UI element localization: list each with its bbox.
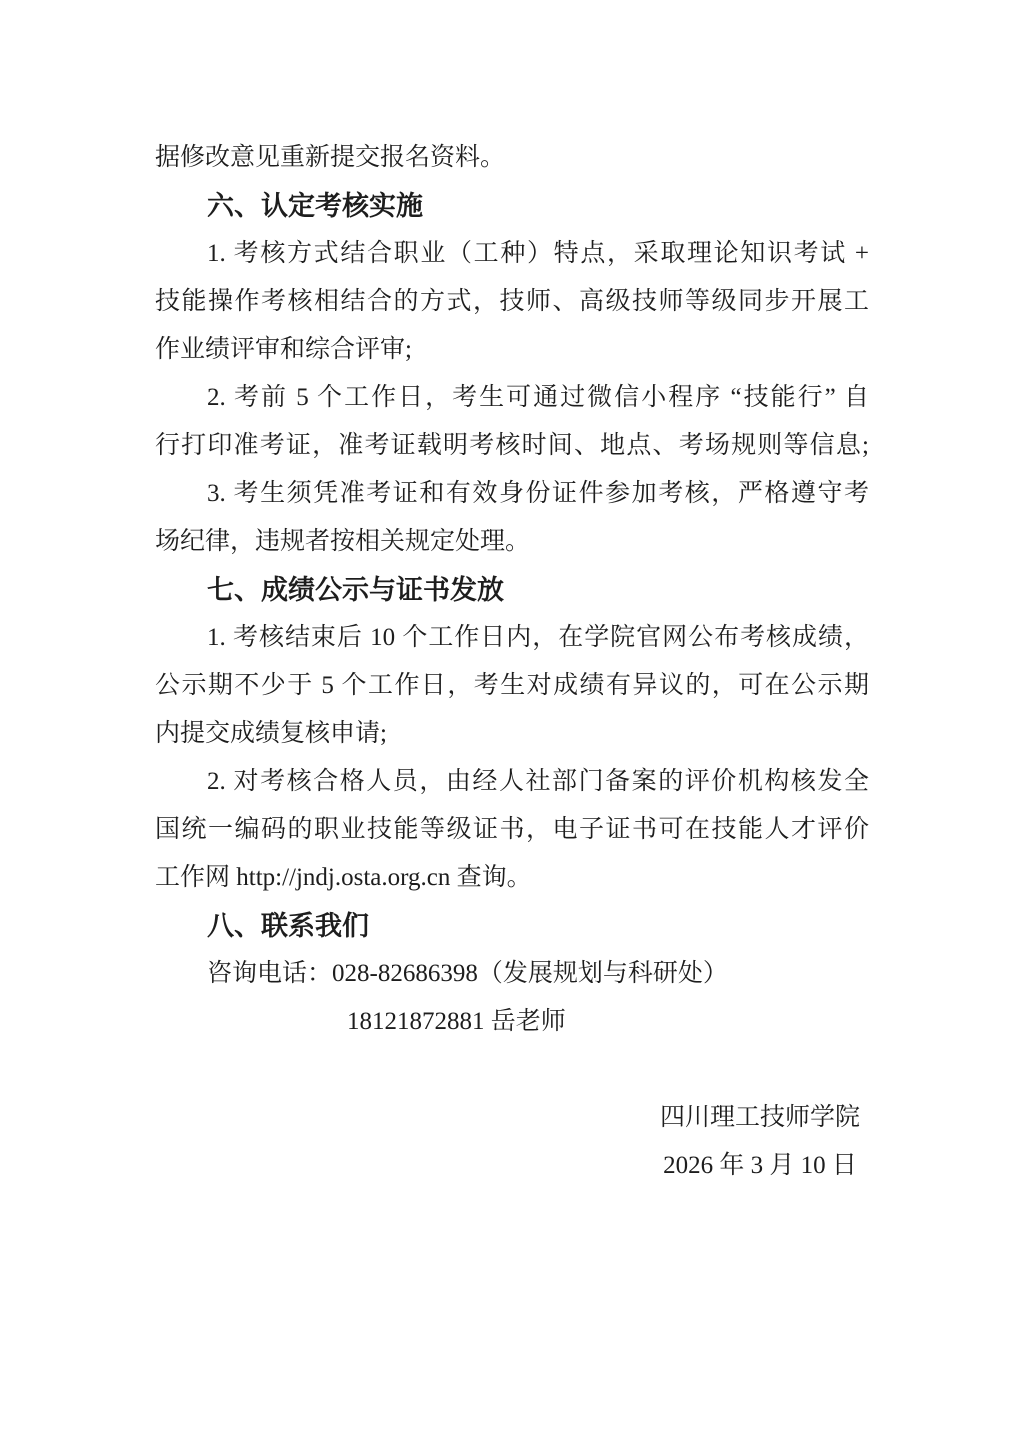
signature-org: 四川理工技师学院	[660, 1094, 860, 1142]
contact-phone-line: 咨询电话：028-82686398（发展规划与科研处）	[155, 950, 869, 998]
paragraph-line: 技能操作考核相结合的方式，技师、高级技师等级同步开展工	[155, 278, 869, 326]
paragraph-line: 3. 考生须凭准考证和有效身份证件参加考核，严格遵守考	[155, 470, 869, 518]
blank-line	[155, 1046, 869, 1094]
paragraph-line: 1. 考核方式结合职业（工种）特点，采取理论知识考试 +	[155, 230, 869, 278]
signature-date: 2026 年 3 月 10 日	[660, 1142, 860, 1190]
paragraph-line: 2. 对考核合格人员，由经人社部门备案的评价机构核发全	[155, 758, 869, 806]
cert-query-url-line: 工作网 http://jndj.osta.org.cn 查询。	[155, 854, 869, 902]
paragraph-line: 行打印准考证，准考证载明考核时间、地点、考场规则等信息;	[155, 422, 869, 470]
paragraph-line: 作业绩评审和综合评审;	[155, 326, 869, 374]
paragraph-line: 场纪律，违规者按相关规定处理。	[155, 518, 869, 566]
document-page: 据修改意见重新提交报名资料。 六、认定考核实施 1. 考核方式结合职业（工种）特…	[0, 0, 1024, 1448]
paragraph-line: 内提交成绩复核申请;	[155, 710, 869, 758]
paragraph-line: 1. 考核结束后 10 个工作日内，在学院官网公布考核成绩，	[155, 614, 869, 662]
section-heading-6: 六、认定考核实施	[155, 182, 869, 230]
section-heading-8: 八、联系我们	[155, 902, 869, 950]
section-heading-7: 七、成绩公示与证书发放	[155, 566, 869, 614]
paragraph-line: 2. 考前 5 个工作日，考生可通过微信小程序 “技能行” 自	[155, 374, 869, 422]
signature-block: 四川理工技师学院 2026 年 3 月 10 日	[660, 1094, 860, 1190]
contact-mobile-line: 18121872881 岳老师	[155, 998, 869, 1046]
paragraph-line: 公示期不少于 5 个工作日，考生对成绩有异议的，可在公示期	[155, 662, 869, 710]
paragraph-line: 据修改意见重新提交报名资料。	[155, 134, 869, 182]
paragraph-line: 国统一编码的职业技能等级证书，电子证书可在技能人才评价	[155, 806, 869, 854]
